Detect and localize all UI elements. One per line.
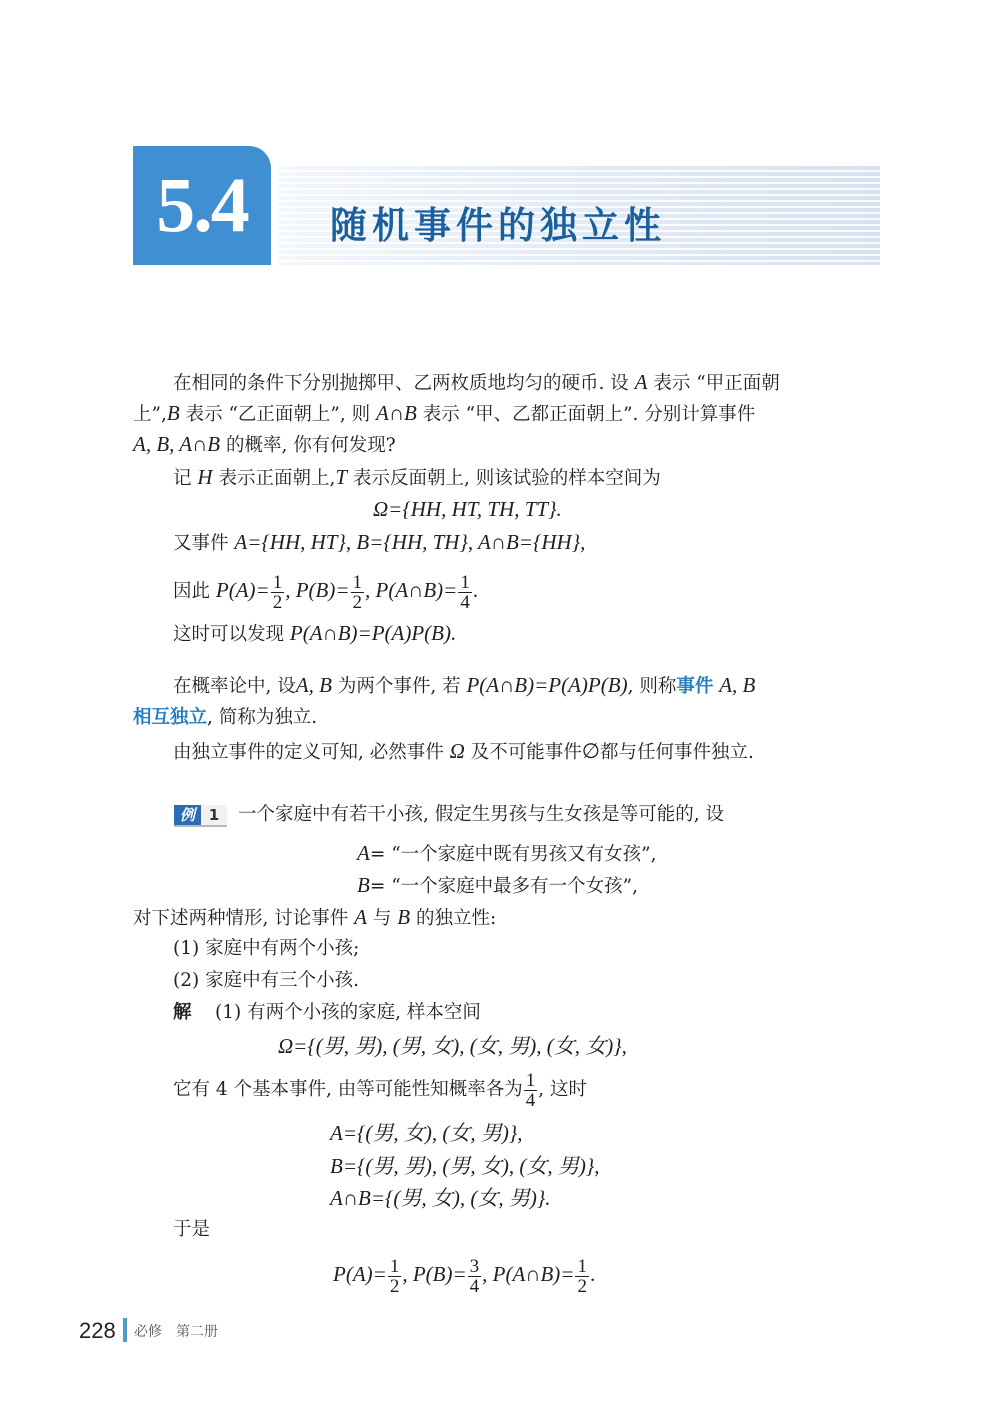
set-a: A={(男, 女), (女, 男)}, (330, 1120, 523, 1148)
example-number: 1 (201, 805, 227, 825)
term-event: 事件 (676, 676, 713, 697)
example-def-b: B= “一个家庭中最多有一个女孩”, (357, 872, 638, 900)
example-def-a: A= “一个家庭中既有男孩又有女孩”, (357, 840, 657, 868)
intro-line-1: 在相同的条件下分别抛掷甲、乙两枚质地均匀的硬币. 设 A 表示 “甲正面朝 (173, 369, 780, 397)
case-2: (2) 家庭中有三个小孩. (173, 968, 359, 994)
fraction: 12 (575, 1257, 589, 1296)
example-label: 例 (174, 805, 201, 825)
found-line: 这时可以发现 P(A∩B)=P(A)P(B). (173, 620, 456, 648)
fraction: 12 (388, 1257, 402, 1296)
solution-line-1: 解 (1) 有两个小孩的家庭, 样本空间 (173, 1000, 481, 1026)
fraction: 34 (468, 1257, 482, 1296)
example-badge: 例 1 (174, 805, 227, 827)
case-1: (1) 家庭中有两个小孩; (173, 936, 359, 962)
result-probabilities: P(A)=12, P(B)=34, P(A∩B)=12. (333, 1254, 595, 1296)
events-line: 又事件 A={HH, HT}, B={HH, TH}, A∩B={HH}, (173, 529, 585, 557)
set-a-and-b: A∩B={(男, 女), (女, 男)}. (330, 1185, 551, 1213)
solution-label: 解 (173, 1002, 192, 1023)
definition-line-1: 在概率论中, 设A, B 为两个事件, 若 P(A∩B)=P(A)P(B), 则… (173, 672, 755, 700)
fraction: 12 (351, 573, 365, 612)
intro-line-4: 记 H 表示正面朝上,T 表示反面朝上, 则该试验的样本空间为 (173, 464, 661, 492)
fraction: 12 (271, 573, 285, 612)
therefore-label: 于是 (173, 1217, 210, 1243)
fraction: 14 (458, 573, 472, 612)
term-mutually-independent: 相互独立 (133, 707, 207, 728)
set-b: B={(男, 男), (男, 女), (女, 男)}, (330, 1153, 600, 1181)
probability-line: 因此 P(A)=12, P(B)=12, P(A∩B)=14. (173, 570, 478, 612)
example-discuss: 对下述两种情形, 讨论事件 A 与 B 的独立性: (133, 904, 496, 932)
book-name: 必修 第二册 (134, 1321, 218, 1341)
section-number: 5.4 (133, 160, 271, 250)
intro-line-3: A, B, A∩B 的概率, 你有何发现? (133, 431, 396, 459)
example-line-1: 一个家庭中有若干小孩, 假定生男孩与生女孩是等可能的, 设 (238, 802, 724, 828)
sample-space-equation: Ω={HH, HT, TH, TT}. (373, 496, 562, 524)
definition-line-3: 由独立事件的定义可知, 必然事件 Ω 及不可能事件∅都与任何事件独立. (173, 738, 754, 766)
sample-space-2: Ω={(男, 男), (男, 女), (女, 男), (女, 女)}, (278, 1033, 627, 1061)
page-number: 228 (79, 1318, 116, 1344)
intro-line-2: 上”,B 表示 “乙正面朝上”, 则 A∩B 表示 “甲、乙都正面朝上”. 分别… (133, 400, 755, 428)
basic-events-line: 它有 4 个基本事件, 由等可能性知概率各为14, 这时 (173, 1070, 587, 1110)
section-title: 随机事件的独立性 (330, 200, 666, 250)
footer-divider (123, 1318, 127, 1342)
definition-line-2: 相互独立, 简称为独立. (133, 705, 317, 731)
fraction: 14 (524, 1071, 538, 1110)
